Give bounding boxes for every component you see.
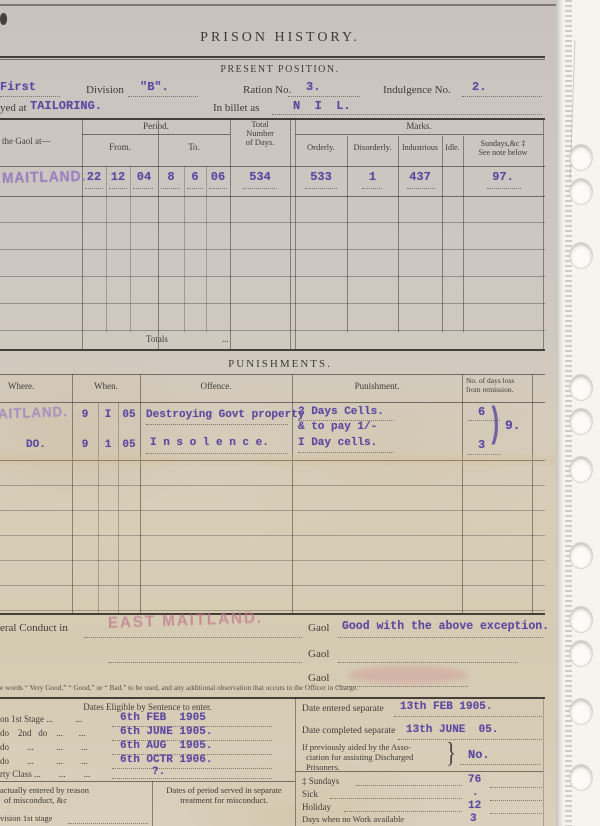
from-header: From. [82,142,158,152]
stat-value: . [472,787,479,800]
punishments-heading: PUNISHMENTS. [150,358,410,371]
guide-line [161,188,180,189]
class-value: First [0,81,36,95]
punch-hole [570,375,592,400]
sundays-header-note: See note below [463,148,543,157]
guide-line [128,96,198,97]
days-loss-brace: ) [488,401,502,449]
offence-header: Offence. [140,381,292,391]
when-year: 05 [118,439,140,452]
punch-hole [570,243,592,268]
disorderly-value: 1 [347,171,398,185]
table-line [82,134,230,135]
punch-hole [570,765,592,790]
when-month: I [98,409,118,422]
guide-line [146,424,288,425]
employed-label: yed at [0,102,27,115]
guide-line [288,96,360,97]
offence-value: Destroying Govt property [146,409,304,422]
punch-hole [570,145,592,170]
ration-value: 3. [306,81,320,95]
document-page: PRISON HISTORY. PRESENT POSITION. First … [0,0,556,826]
guide-line [85,188,103,189]
days-loss-value: 6 [478,406,485,420]
guide-line [84,637,302,638]
guide-line [462,96,542,97]
stat-label: Holiday [302,802,331,812]
guide-line [108,662,302,663]
table-line [0,402,545,403]
aided-brace: } [446,738,456,770]
scan-edge-line [0,4,556,6]
guide-line [490,813,542,814]
conduct-note: e words “ Very Good,” “ Good,” or “ Bad.… [0,684,556,692]
guide-line [112,778,272,779]
guide-line [338,637,543,638]
guide-line [209,188,227,189]
table-bottom-rule [0,613,545,615]
guide-line [305,188,337,189]
empty-rows [0,461,545,612]
industrious-header: Industrious [398,143,442,152]
to-month-value: 6 [184,171,206,185]
punishment-header: Punishment. [292,381,462,391]
eligibility-row-label: on 1st Stage ... ... [0,714,82,724]
page-title: PRISON HISTORY. [120,30,440,46]
eligibility-heading: Dates Eligible by Sentence to enter. [0,702,295,712]
stat-label: Sick [302,789,318,799]
misconduct-label-2: of misconduct, &c [4,796,67,806]
guide-line [330,798,462,799]
guide-line [187,188,203,189]
orderly-value: 533 [295,171,347,185]
idle-header: Idle. [440,143,465,152]
from-year-value: 04 [130,171,158,185]
gaol-label: Gaol [308,622,329,635]
guide-line [68,823,148,824]
when-month: 1 [98,439,118,452]
punch-hole [570,179,592,204]
indulgence-label: Indulgence No. [383,84,451,97]
from-month-value: 12 [106,171,130,185]
stat-value: 12 [468,800,481,813]
when-header: When. [72,381,140,391]
ration-label: Ration No. [243,84,291,97]
punch-hole [570,457,592,482]
to-header: To. [158,142,230,152]
scan-speck [0,13,7,25]
total-days-header: of Days. [230,138,290,148]
when-day: 9 [72,439,98,452]
employed-value: TAILORING. [30,100,102,114]
gaol-label: Gaol [308,648,329,661]
billet-label: In billet as [213,102,259,115]
eligibility-row-label: do 2nd do ... ... [0,728,86,738]
punishment-value-2: & to pay 1/- [298,421,377,434]
eligibility-row-value: 6th FEB 1905 [120,712,206,725]
marks-header: Marks. [295,121,543,131]
paper-edge-shadow [556,0,564,826]
where-header: Where. [8,381,34,391]
table-line [152,781,153,826]
punch-hole [570,699,592,724]
stat-label: Days when no Work available [302,815,404,825]
stat-label: ‡ Sundays [302,776,339,786]
stat-value: 3 [470,813,477,826]
guide-line [487,188,521,189]
guide-line [112,768,272,769]
conduct-label: eral Conduct in [0,622,68,635]
billet-value: N I L. [293,100,351,114]
when-day: 9 [72,409,98,422]
guide-line [490,787,542,788]
guide-line [362,188,382,189]
table-line [0,166,545,167]
screenshot-root: PRISON HISTORY. PRESENT POSITION. First … [0,0,600,826]
guide-line [133,188,153,189]
section-rule [0,697,545,699]
punch-hole [570,409,592,434]
days-loss-header-2: from remission. [466,386,514,395]
punch-hole [570,543,592,568]
days-loss-total: 9. [505,419,521,434]
eligibility-row-label: do ... ... ... [0,756,88,766]
disorderly-header: Disorderly. [347,143,398,153]
stat-value: 76 [468,774,481,787]
when-year: 05 [118,409,140,422]
guide-line [272,114,542,115]
punishment-value: 2 Days Cells. [298,406,384,419]
aided-value: No. [468,749,490,763]
guide-line [109,188,127,189]
guide-line [0,96,60,97]
separate-treatment-label-2: treatment for misconduct. [154,796,294,806]
days-loss-value: 3 [478,439,485,453]
eligibility-row-value: 6th AUG 1905. [120,740,212,753]
table-line [295,134,543,135]
guide-line [407,188,435,189]
entered-separate-label: Date entered separate [302,704,384,715]
guide-line [338,662,518,663]
table-line [543,697,544,826]
guide-line [344,811,462,812]
guide-line [394,716,542,717]
punch-hole [570,641,592,666]
guide-line [243,188,277,189]
ink-smudge [348,666,468,684]
total-days-value: 534 [230,171,290,185]
entered-separate-value: 13th FEB 1905. [400,701,492,714]
punishment-value: I Day cells. [298,437,377,450]
division-label: Division [86,84,124,97]
guide-line [490,800,542,801]
eligibility-row-label: do ... ... ... [0,742,88,752]
period-header: Period. [82,121,230,131]
title-rule-2 [0,59,545,60]
table-bottom-rule [0,349,545,351]
table-line [295,697,296,826]
from-day-value: 22 [82,171,106,185]
eligibility-row-label: rty Class ... ... ... [0,769,90,779]
punch-hole [570,607,592,632]
totals-label: Totals [146,334,168,344]
division-value: "B". [140,81,169,95]
orderly-header: Orderly. [295,143,347,153]
table-line [0,781,295,782]
totals-dots: ... [222,334,229,344]
title-rule [0,56,545,58]
indulgence-value: 2. [472,81,486,95]
to-year-value: 06 [206,171,230,185]
gaol-stamp-maitland: MAITLAND. [2,168,87,187]
where-ditto: DO. [26,439,46,452]
eligibility-row-value: 6th JUNE 1905. [120,726,212,739]
sundays-value: 97. [463,171,543,185]
misconduct-label-3: vision 1st stage [0,814,52,824]
guide-line [398,739,542,740]
offence-value: I n s o l e n c e. [150,437,269,450]
guide-line [356,785,462,786]
table-line [295,771,543,772]
industrious-value: 437 [398,171,442,185]
eligibility-row-value: 6th OCTR 1906. [120,754,212,767]
present-position-heading: PRESENT POSITION. [160,64,400,76]
completed-separate-label: Date completed separate [302,726,395,737]
eligibility-row-value: ?. [152,766,165,779]
to-day-value: 8 [158,171,184,185]
table-line [0,374,545,375]
sundays-header: Sundays,&c ‡ [463,139,543,148]
gaol-column-header: the Gaol at— [2,136,51,146]
empty-rows [0,196,545,332]
conduct-value: Good with the above exception. [342,620,549,633]
completed-separate-value: 13th JUNE 05. [406,724,498,737]
where-stamp-maitland: MAITLAND. [0,403,68,422]
guide-line [460,764,540,765]
